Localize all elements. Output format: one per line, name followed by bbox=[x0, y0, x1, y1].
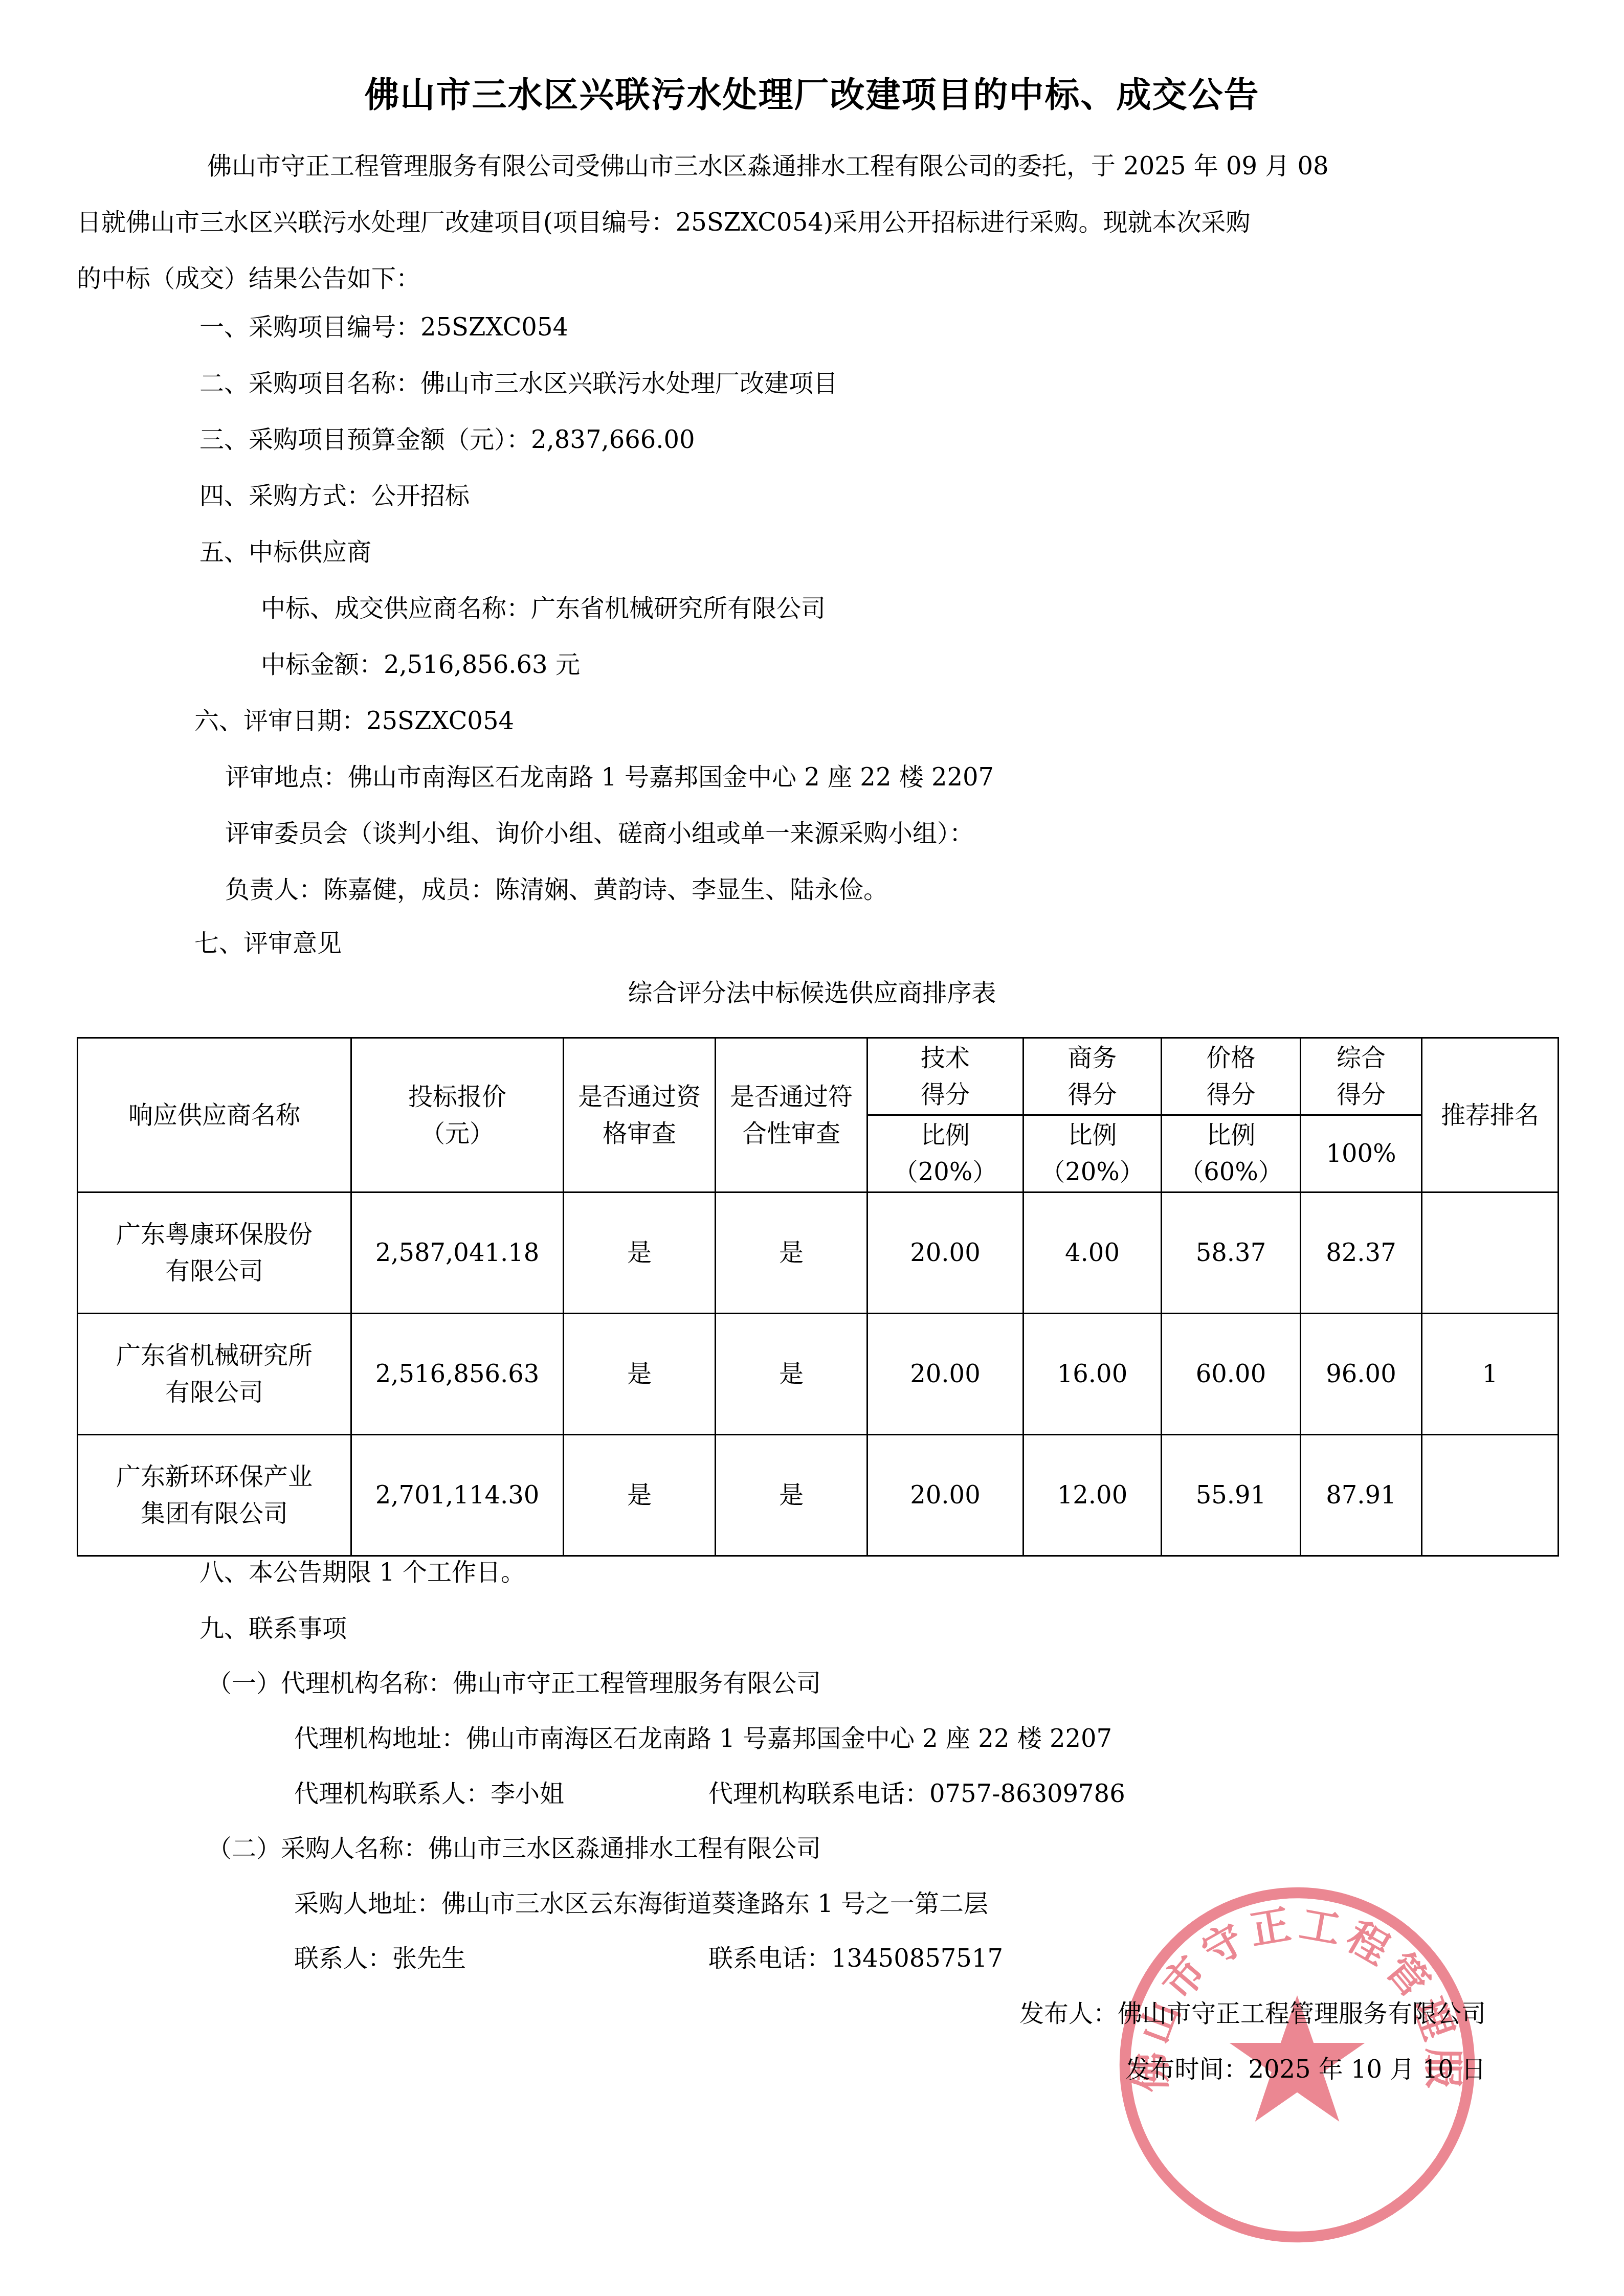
cell-rank: 1 bbox=[1422, 1314, 1559, 1435]
cell-total-score: 96.00 bbox=[1301, 1314, 1422, 1435]
header-compliance-review: 是否通过符 合性审查 bbox=[716, 1038, 867, 1192]
header-recommended-rank: 推荐排名 bbox=[1422, 1038, 1559, 1192]
cell-bid-price: 2,516,856.63 bbox=[351, 1314, 564, 1435]
buyer-contact-person: 联系人：张先生 bbox=[294, 1943, 466, 1974]
section-2-project-name: 二、采购项目名称：佛山市三水区兴联污水处理厂改建项目 bbox=[199, 368, 838, 399]
section-9-contacts: 九、联系事项 bbox=[199, 1613, 347, 1644]
table-row: 广东粤康环保股份 有限公司 2,587,041.18 是 是 20.00 4.0… bbox=[78, 1192, 1559, 1314]
table-row: 广东省机械研究所 有限公司 2,516,856.63 是 是 20.00 16.… bbox=[78, 1314, 1559, 1435]
header-business-score: 商务 得分 bbox=[1024, 1038, 1162, 1115]
header-tech-score: 技术 得分 bbox=[867, 1038, 1024, 1115]
cell-qualification: 是 bbox=[564, 1192, 716, 1314]
cell-tech-score: 20.00 bbox=[867, 1192, 1024, 1314]
publisher: 发布人：佛山市守正工程管理服务有限公司 bbox=[1019, 1998, 1486, 2029]
cell-price-score: 58.37 bbox=[1162, 1192, 1301, 1314]
cell-tech-score: 20.00 bbox=[867, 1314, 1024, 1435]
agency-address: 代理机构地址：佛山市南海区石龙南路 1 号嘉邦国金中心 2 座 22 楼 220… bbox=[294, 1723, 1112, 1754]
header-business-ratio: 比例（20%） bbox=[1024, 1115, 1162, 1192]
cell-business-score: 4.00 bbox=[1024, 1192, 1162, 1314]
agency-name: （一）代理机构名称：佛山市守正工程管理服务有限公司 bbox=[207, 1668, 821, 1699]
section-7-review-opinion: 七、评审意见 bbox=[194, 928, 342, 959]
buyer-name: （二）采购人名称：佛山市三水区淼通排水工程有限公司 bbox=[207, 1833, 821, 1864]
cell-total-score: 82.37 bbox=[1301, 1192, 1422, 1314]
publish-date: 发布时间：2025 年 10 月 10 日 bbox=[1125, 2054, 1486, 2085]
header-price-ratio: 比例（60%） bbox=[1162, 1115, 1301, 1192]
section-8-notice-period: 八、本公告期限 1 个工作日。 bbox=[199, 1557, 525, 1588]
review-place: 评审地点：佛山市南海区石龙南路 1 号嘉邦国金中心 2 座 22 楼 2207 bbox=[225, 762, 994, 793]
agency-phone: 代理机构联系电话：0757-86309786 bbox=[708, 1779, 1125, 1809]
review-committee: 评审委员会（谈判小组、询价小组、磋商小组或单一来源采购小组）： bbox=[225, 818, 974, 849]
header-qualification-review: 是否通过资 格审查 bbox=[564, 1038, 716, 1192]
header-tech-ratio: 比例 （20%） bbox=[867, 1115, 1024, 1192]
header-total-ratio: 100% bbox=[1301, 1115, 1422, 1192]
supplier-ranking-table: 响应供应商名称 投标报价 （元） 是否通过资 格审查 是否通过符 合性审查 技术… bbox=[77, 1037, 1559, 1557]
buyer-address: 采购人地址：佛山市三水区云东海街道葵逢路东 1 号之一第二层 bbox=[294, 1888, 988, 1919]
cell-bid-price: 2,587,041.18 bbox=[351, 1192, 564, 1314]
table-header-row-1: 响应供应商名称 投标报价 （元） 是否通过资 格审查 是否通过符 合性审查 技术… bbox=[78, 1038, 1559, 1115]
header-supplier-name: 响应供应商名称 bbox=[78, 1038, 351, 1192]
cell-rank bbox=[1422, 1192, 1559, 1314]
announcement-page: 佛山市三水区兴联污水处理厂改建项目的中标、成交公告 佛山市守正工程管理服务有限公… bbox=[0, 0, 1624, 2296]
intro-line-2: 日就佛山市三水区兴联污水处理厂改建项目(项目编号：25SZXC054)采用公开招… bbox=[77, 194, 1488, 251]
header-total-score: 综合 得分 bbox=[1301, 1038, 1422, 1115]
intro-line-3: 的中标（成交）结果公告如下： bbox=[77, 251, 1488, 307]
section-4-method: 四、采购方式：公开招标 bbox=[199, 481, 470, 511]
header-price-score: 价格 得分 bbox=[1162, 1038, 1301, 1115]
section-1-project-number: 一、采购项目编号：25SZXC054 bbox=[199, 312, 568, 343]
section-5-winning-supplier: 五、中标供应商 bbox=[199, 537, 371, 568]
table-caption: 综合评分法中标候选供应商排序表 bbox=[0, 978, 1624, 1008]
header-bid-price: 投标报价 （元） bbox=[351, 1038, 564, 1192]
intro-paragraph: 佛山市守正工程管理服务有限公司受佛山市三水区淼通排水工程有限公司的委托，于 20… bbox=[207, 138, 1488, 307]
cell-supplier-name: 广东省机械研究所 有限公司 bbox=[78, 1314, 351, 1435]
section-3-budget: 三、采购项目预算金额（元）：2,837,666.00 bbox=[199, 424, 695, 455]
cell-rank bbox=[1422, 1435, 1559, 1556]
cell-supplier-name: 广东粤康环保股份 有限公司 bbox=[78, 1192, 351, 1314]
cell-compliance: 是 bbox=[716, 1435, 867, 1556]
cell-supplier-name: 广东新环环保产业 集团有限公司 bbox=[78, 1435, 351, 1556]
buyer-phone: 联系电话：13450857517 bbox=[708, 1943, 1003, 1974]
agency-contact-person: 代理机构联系人：李小姐 bbox=[294, 1779, 564, 1809]
cell-price-score: 55.91 bbox=[1162, 1435, 1301, 1556]
winning-amount: 中标金额：2,516,856.63 元 bbox=[261, 649, 580, 680]
table-row: 广东新环环保产业 集团有限公司 2,701,114.30 是 是 20.00 1… bbox=[78, 1435, 1559, 1556]
document-title: 佛山市三水区兴联污水处理厂改建项目的中标、成交公告 bbox=[0, 67, 1624, 117]
cell-total-score: 87.91 bbox=[1301, 1435, 1422, 1556]
cell-price-score: 60.00 bbox=[1162, 1314, 1301, 1435]
intro-line-1: 佛山市守正工程管理服务有限公司受佛山市三水区淼通排水工程有限公司的委托，于 20… bbox=[207, 138, 1488, 194]
cell-qualification: 是 bbox=[564, 1435, 716, 1556]
cell-compliance: 是 bbox=[716, 1314, 867, 1435]
cell-compliance: 是 bbox=[716, 1192, 867, 1314]
cell-tech-score: 20.00 bbox=[867, 1435, 1024, 1556]
review-members: 负责人：陈嘉健，成员：陈清娴、黄韵诗、李显生、陆永俭。 bbox=[225, 874, 888, 905]
cell-qualification: 是 bbox=[564, 1314, 716, 1435]
winning-supplier-name: 中标、成交供应商名称：广东省机械研究所有限公司 bbox=[261, 593, 826, 624]
cell-bid-price: 2,701,114.30 bbox=[351, 1435, 564, 1556]
section-6-review-date: 六、评审日期：25SZXC054 bbox=[194, 706, 514, 736]
cell-business-score: 16.00 bbox=[1024, 1314, 1162, 1435]
cell-business-score: 12.00 bbox=[1024, 1435, 1162, 1556]
